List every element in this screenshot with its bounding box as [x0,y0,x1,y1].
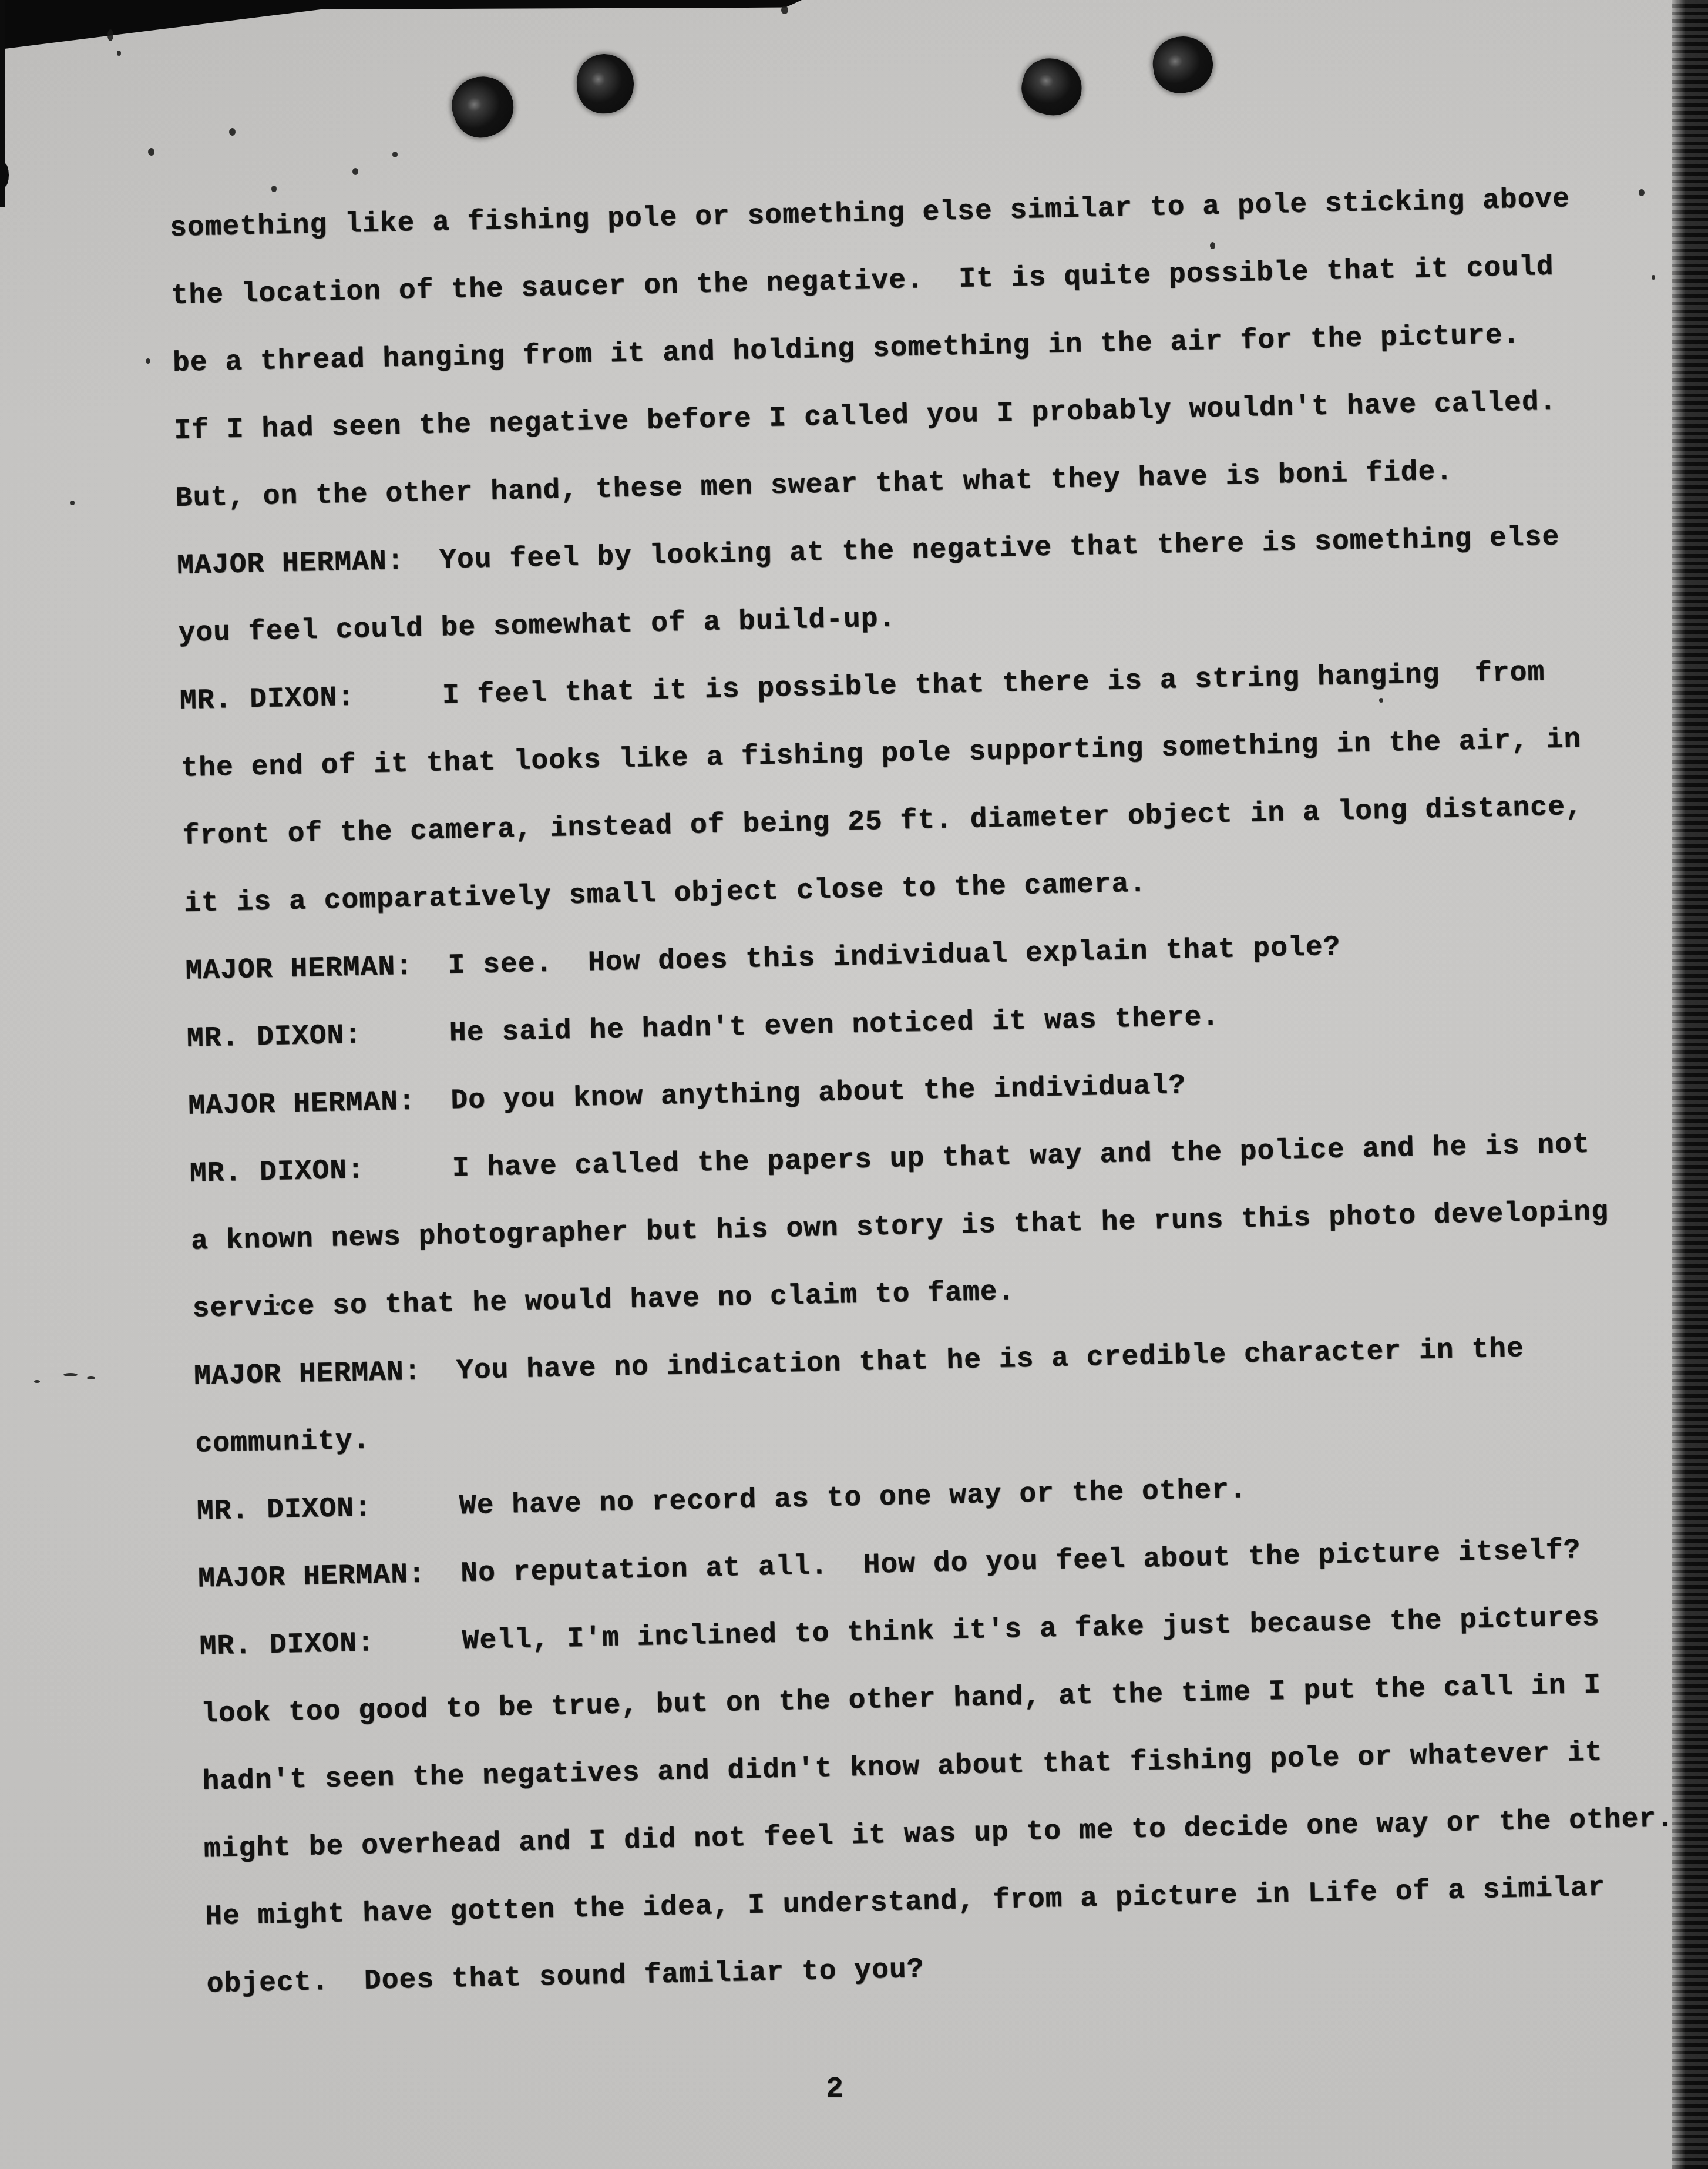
ink-speck [352,168,358,175]
ink-speck [117,51,121,56]
ink-speck [87,1376,95,1379]
ink-speck [229,128,236,136]
ink-blob [1016,52,1088,122]
ink-blob [444,68,522,145]
ink-speck [107,29,113,41]
ink-speck [392,152,398,157]
scan-edge-left-nub [0,163,9,187]
ink-blob [1149,32,1217,98]
ink-speck [781,6,788,14]
scanned-document-page: something like a fishing pole or somethi… [0,0,1708,2169]
scan-edge-top [0,0,802,49]
page-number: 2 [826,2073,843,2106]
ink-speck [148,148,154,156]
ink-speck [34,1380,40,1383]
ink-blob [575,53,635,115]
ink-speck [70,501,75,505]
ink-speck [63,1373,78,1376]
ink-speck [271,186,277,192]
ink-speck [146,358,150,364]
transcript-text: something like a fishing pole or somethi… [169,163,1708,2019]
